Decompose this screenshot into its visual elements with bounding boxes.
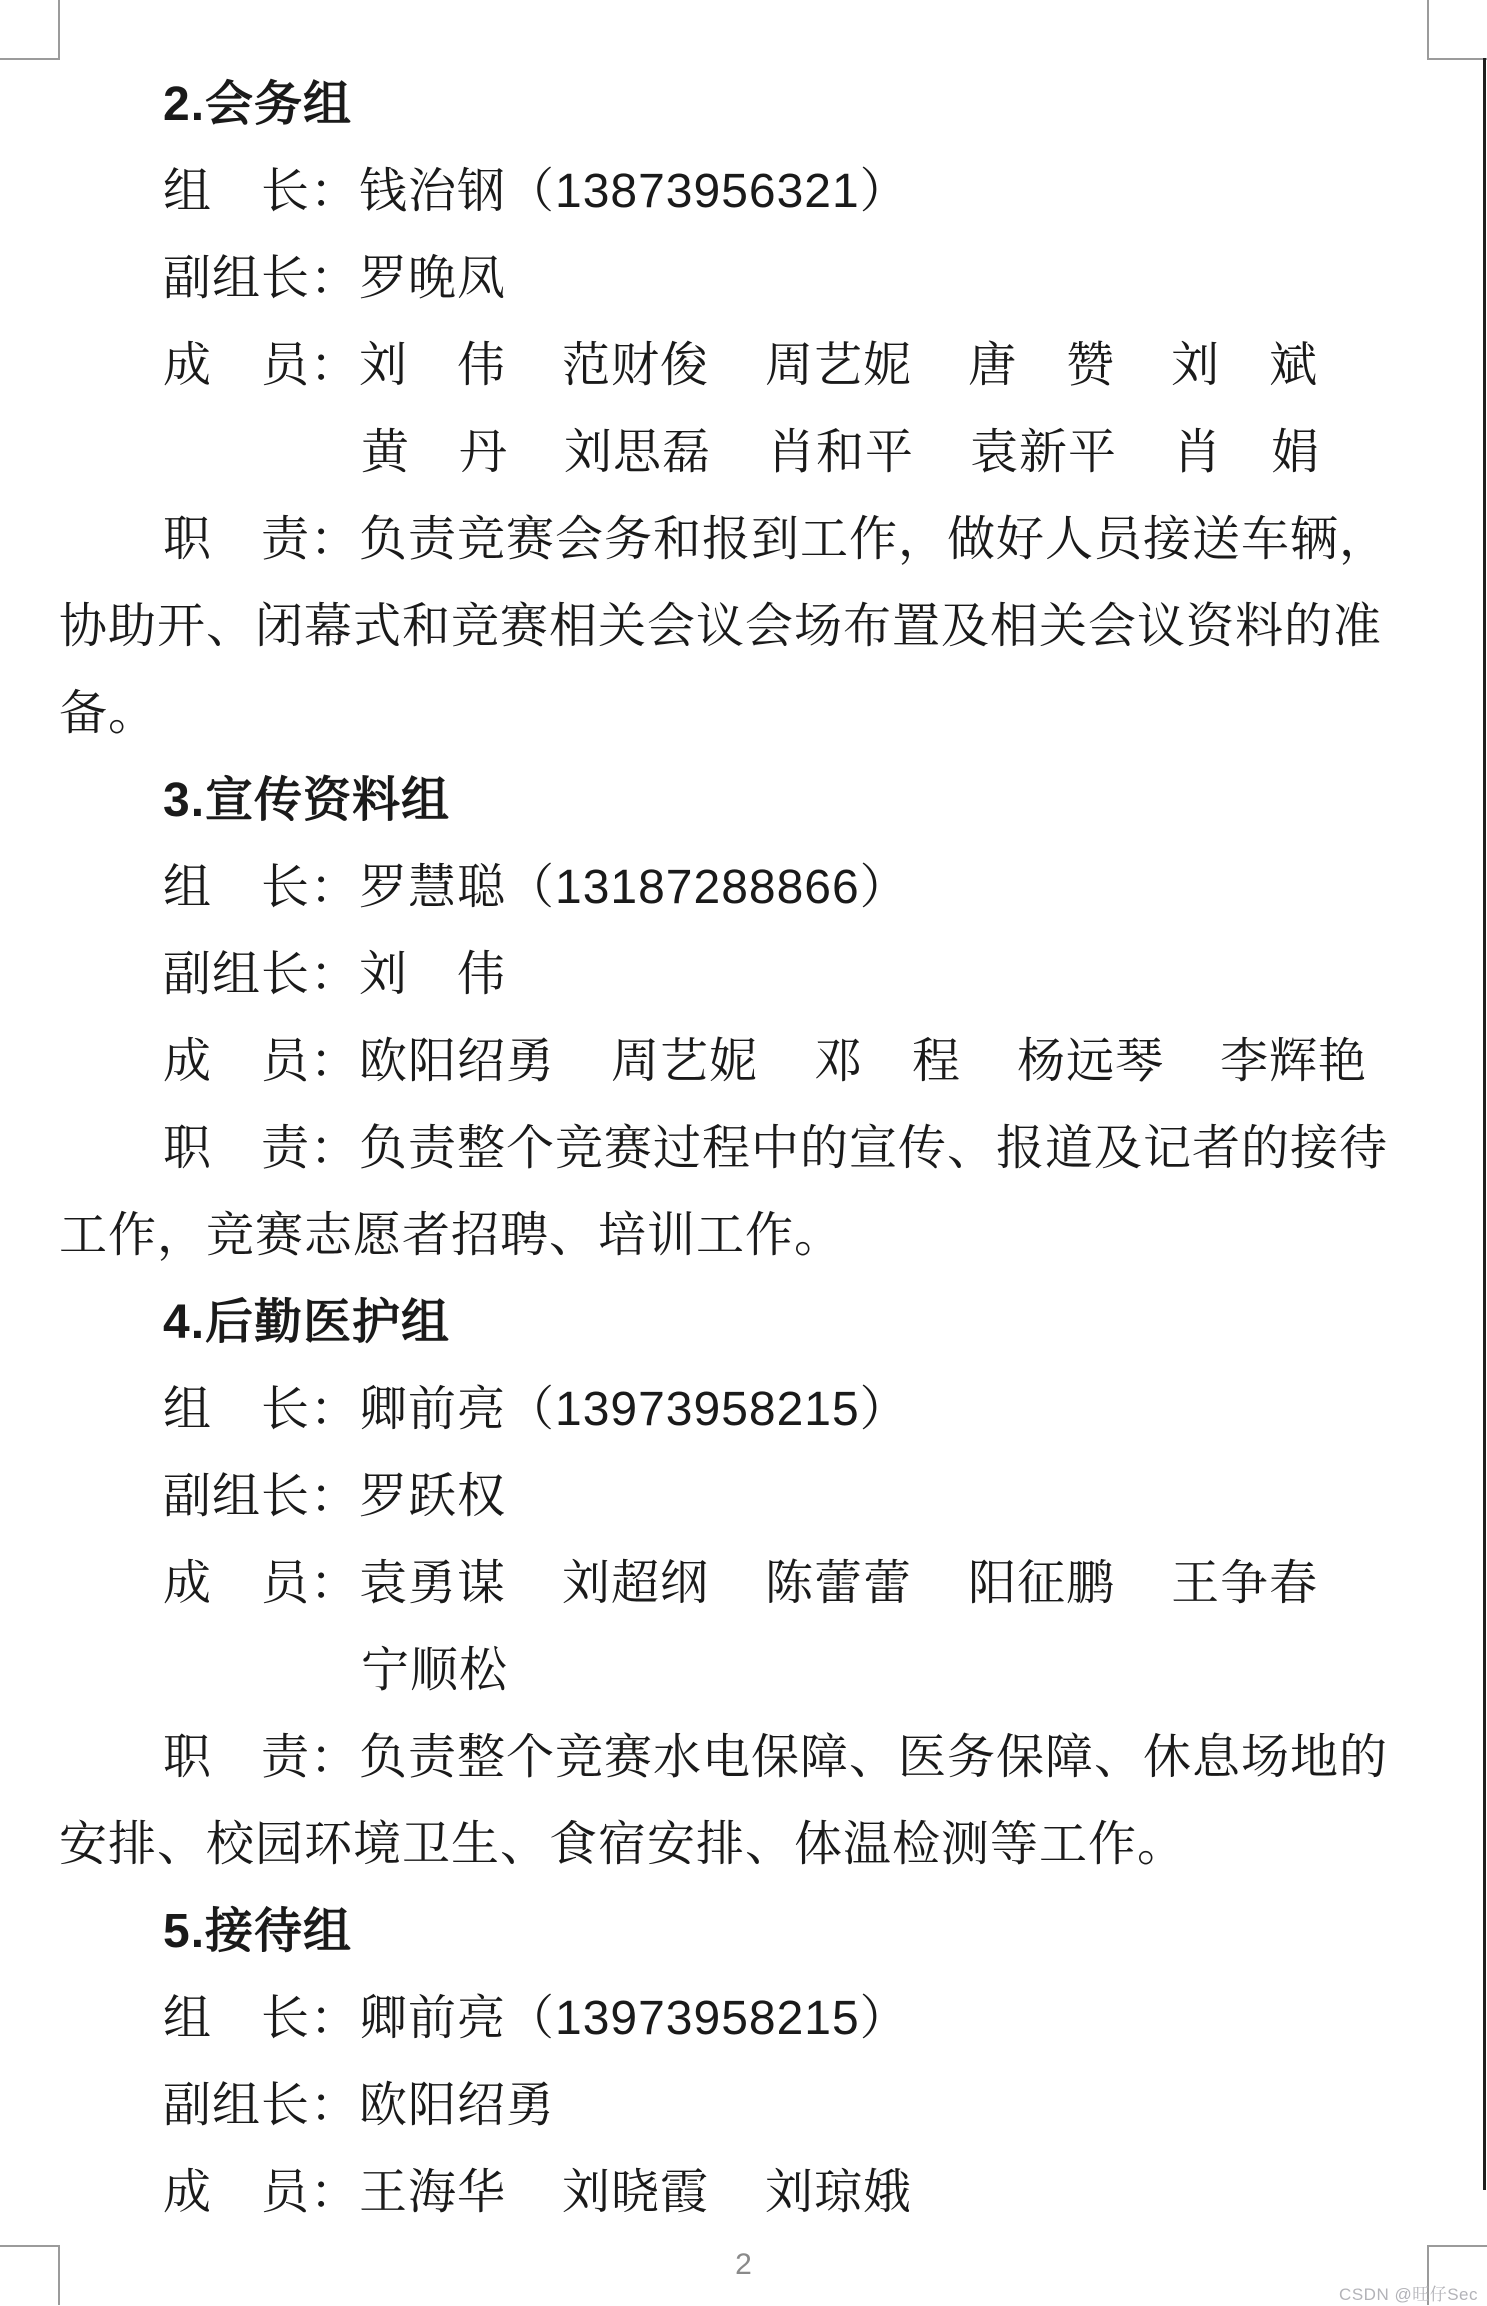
field-label: 职 责： bbox=[163, 1122, 359, 1175]
field-label: 组 长： bbox=[163, 1383, 359, 1436]
crop-mark-top-left-vertical bbox=[58, 0, 60, 60]
field-label: 成 员： bbox=[163, 2166, 359, 2219]
member-name: 肖和平 bbox=[767, 426, 914, 479]
deputy-line: 副组长：欧阳绍勇 bbox=[59, 2062, 1427, 2149]
watermark: CSDN @旺仔Sec bbox=[1339, 2280, 1478, 2305]
member-name: 袁新平 bbox=[970, 426, 1117, 479]
duty-continuation: 安排、校园环境卫生、食宿安排、体温检测等工作。 bbox=[59, 1801, 1427, 1888]
member-name: 袁勇谋 bbox=[359, 1557, 506, 1610]
member-name: 范财俊 bbox=[562, 339, 709, 392]
members-continuation-line: 宁顺松 bbox=[59, 1627, 1427, 1714]
duty-line: 职 责：负责竞赛会务和报到工作，做好人员接送车辆， bbox=[59, 496, 1427, 583]
duty-continuation: 备。 bbox=[59, 670, 1427, 757]
page-number: 2 bbox=[0, 2248, 1487, 2282]
member-name: 周艺妮 bbox=[611, 1035, 758, 1088]
deputy-name: 罗晚凤 bbox=[359, 252, 506, 305]
crop-mark-top-right-vertical bbox=[1427, 0, 1429, 60]
duty-continuation: 工作，竞赛志愿者招聘、培训工作。 bbox=[59, 1192, 1427, 1279]
member-name: 陈蕾蕾 bbox=[765, 1557, 912, 1610]
member-name: 刘超纲 bbox=[562, 1557, 709, 1610]
member-name: 刘 伟 bbox=[359, 339, 506, 392]
field-label: 成 员： bbox=[163, 1035, 359, 1088]
deputy-name: 罗跃权 bbox=[359, 1470, 506, 1523]
duty-line: 职 责：负责整个竞赛水电保障、医务保障、休息场地的 bbox=[59, 1714, 1427, 1801]
member-name: 刘晓霞 bbox=[562, 2166, 709, 2219]
field-label: 组 长： bbox=[163, 1992, 359, 2045]
field-label: 职 责： bbox=[163, 1731, 359, 1784]
duty-line: 职 责：负责整个竞赛过程中的宣传、报道及记者的接待 bbox=[59, 1105, 1427, 1192]
crop-mark-bottom-right-horizontal bbox=[1427, 2245, 1487, 2247]
field-label: 副组长： bbox=[163, 1470, 359, 1523]
right-edge-line bbox=[1483, 58, 1486, 2190]
group-heading: 5.接待组 bbox=[59, 1888, 1427, 1975]
group-heading: 3.宣传资料组 bbox=[59, 757, 1427, 844]
member-name: 刘思磊 bbox=[564, 426, 711, 479]
field-label: 副组长： bbox=[163, 948, 359, 1001]
field-label: 成 员： bbox=[163, 1557, 359, 1610]
member-name: 阳征鹏 bbox=[968, 1557, 1115, 1610]
member-name: 王海华 bbox=[359, 2166, 506, 2219]
field-label: 副组长： bbox=[163, 252, 359, 305]
member-name: 欧阳绍勇 bbox=[359, 1035, 555, 1088]
deputy-line: 副组长：罗跃权 bbox=[59, 1453, 1427, 1540]
member-name: 肖 娟 bbox=[1173, 426, 1320, 479]
members-line: 成 员：欧阳绍勇周艺妮邓 程杨远琴李辉艳 bbox=[59, 1018, 1427, 1105]
member-name: 李辉艳 bbox=[1220, 1035, 1367, 1088]
deputy-name: 欧阳绍勇 bbox=[359, 2079, 555, 2132]
document-body: 2.会务组 组 长：钱治钢（13873956321） 副组长：罗晚凤 成 员：刘… bbox=[59, 61, 1427, 2236]
members-line: 成 员：王海华刘晓霞刘琼娥 bbox=[59, 2149, 1427, 2236]
member-name: 刘琼娥 bbox=[765, 2166, 912, 2219]
leader-name: 钱治钢（13873956321） bbox=[359, 165, 909, 218]
members-line: 成 员：刘 伟范财俊周艺妮唐 赞刘 斌 bbox=[59, 322, 1427, 409]
group-heading: 4.后勤医护组 bbox=[59, 1279, 1427, 1366]
member-name: 黄 丹 bbox=[361, 426, 508, 479]
leader-line: 组 长：卿前亮（13973958215） bbox=[59, 1366, 1427, 1453]
deputy-name: 刘 伟 bbox=[359, 948, 506, 1001]
duty-continuation: 协助开、闭幕式和竞赛相关会议会场布置及相关会议资料的准 bbox=[59, 583, 1427, 670]
duty-text: 负责整个竞赛过程中的宣传、报道及记者的接待 bbox=[359, 1122, 1388, 1175]
deputy-line: 副组长：罗晚凤 bbox=[59, 235, 1427, 322]
leader-line: 组 长：卿前亮（13973958215） bbox=[59, 1975, 1427, 2062]
leader-line: 组 长：钱治钢（13873956321） bbox=[59, 148, 1427, 235]
member-name: 刘 斌 bbox=[1171, 339, 1318, 392]
field-label: 副组长： bbox=[163, 2079, 359, 2132]
crop-mark-top-left-horizontal bbox=[0, 58, 60, 60]
crop-mark-bottom-left-horizontal bbox=[0, 2245, 60, 2247]
member-name: 宁顺松 bbox=[361, 1644, 508, 1697]
member-name: 王争春 bbox=[1171, 1557, 1318, 1610]
member-name: 唐 赞 bbox=[968, 339, 1115, 392]
document-page: 2.会务组 组 长：钱治钢（13873956321） 副组长：罗晚凤 成 员：刘… bbox=[0, 0, 1487, 2306]
leader-name: 卿前亮（13973958215） bbox=[359, 1992, 909, 2045]
leader-name: 罗慧聪（13187288866） bbox=[359, 861, 909, 914]
duty-text: 负责整个竞赛水电保障、医务保障、休息场地的 bbox=[359, 1731, 1388, 1784]
crop-mark-top-right-horizontal bbox=[1427, 58, 1487, 60]
field-label: 组 长： bbox=[163, 165, 359, 218]
group-heading: 2.会务组 bbox=[59, 61, 1427, 148]
field-label: 组 长： bbox=[163, 861, 359, 914]
field-label: 成 员： bbox=[163, 339, 359, 392]
members-line: 成 员：袁勇谋刘超纲陈蕾蕾阳征鹏王争春 bbox=[59, 1540, 1427, 1627]
field-label: 职 责： bbox=[163, 513, 359, 566]
member-name: 杨远琴 bbox=[1017, 1035, 1164, 1088]
duty-text: 负责竞赛会务和报到工作，做好人员接送车辆， bbox=[359, 513, 1388, 566]
member-name: 周艺妮 bbox=[765, 339, 912, 392]
members-continuation-line: 黄 丹刘思磊肖和平袁新平肖 娟 bbox=[59, 409, 1427, 496]
leader-name: 卿前亮（13973958215） bbox=[359, 1383, 909, 1436]
leader-line: 组 长：罗慧聪（13187288866） bbox=[59, 844, 1427, 931]
deputy-line: 副组长：刘 伟 bbox=[59, 931, 1427, 1018]
member-name: 邓 程 bbox=[814, 1035, 961, 1088]
